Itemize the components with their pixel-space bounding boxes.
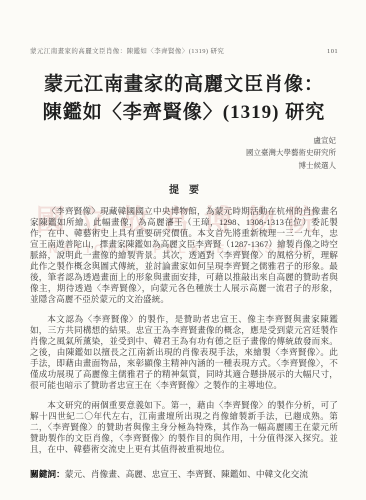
- abstract-body: 〈李齊賢像〉現藏韓國國立中央博物館，為蒙元時期活動在杭州的肖像畫名家陳鑑如所繪。…: [30, 206, 338, 455]
- abstract-paragraph-2: 本文認為〈李齊賢像〉的製作，是贊助者忠宣王、像主李齊賢與畫家陳鑑如，三方共同構想…: [30, 314, 338, 391]
- keywords-label: 關鍵詞：: [30, 469, 65, 479]
- author-affiliation: 國立臺灣大學藝術史研究所: [30, 147, 336, 159]
- keywords-list: 蒙元、肖像畫、高麗、忠宣王、李齊賢、陳鑑如、中韓文化交流: [65, 469, 308, 479]
- author-position: 博士候選人: [30, 160, 336, 172]
- paper-title: 蒙元江南畫家的高麗文臣肖像： 陳鑑如〈李齊賢像〉(1319) 研究: [30, 71, 338, 126]
- running-header: 蒙元江南畫家的高麗文臣肖像：陳鑑如〈李齊賢像〉(1319) 研究 101: [30, 46, 338, 55]
- paper-title-line-2: 陳鑑如〈李齊賢像〉(1319) 研究: [30, 99, 338, 127]
- paper-page: 國立故宮博物院 NATIONAL PALACE MUSEUM 蒙元江南畫家的高麗…: [0, 0, 366, 500]
- abstract-paragraph-1: 〈李齊賢像〉現藏韓國國立中央博物館，為蒙元時期活動在杭州的肖像畫名家陳鑑如所繪。…: [30, 206, 338, 305]
- paper-title-line-1: 蒙元江南畫家的高麗文臣肖像：: [30, 71, 338, 99]
- keywords-line: 關鍵詞：蒙元、肖像畫、高麗、忠宣王、李齊賢、陳鑑如、中韓文化交流: [30, 468, 338, 480]
- running-title: 蒙元江南畫家的高麗文臣肖像：陳鑑如〈李齊賢像〉(1319) 研究: [30, 46, 224, 55]
- abstract-paragraph-3: 本文研究的兩個重要意義如下。第一，藉由〈李齊賢像〉的製作分析，可了解十四世紀二〇…: [30, 400, 338, 455]
- page-content: 蒙元江南畫家的高麗文臣肖像：陳鑑如〈李齊賢像〉(1319) 研究 101 蒙元江…: [0, 0, 366, 500]
- author-block: 盧宣妃 國立臺灣大學藝術史研究所 博士候選人: [30, 135, 338, 172]
- page-number: 101: [327, 48, 338, 55]
- abstract-heading: 提 要: [30, 181, 338, 196]
- author-name: 盧宣妃: [30, 135, 336, 147]
